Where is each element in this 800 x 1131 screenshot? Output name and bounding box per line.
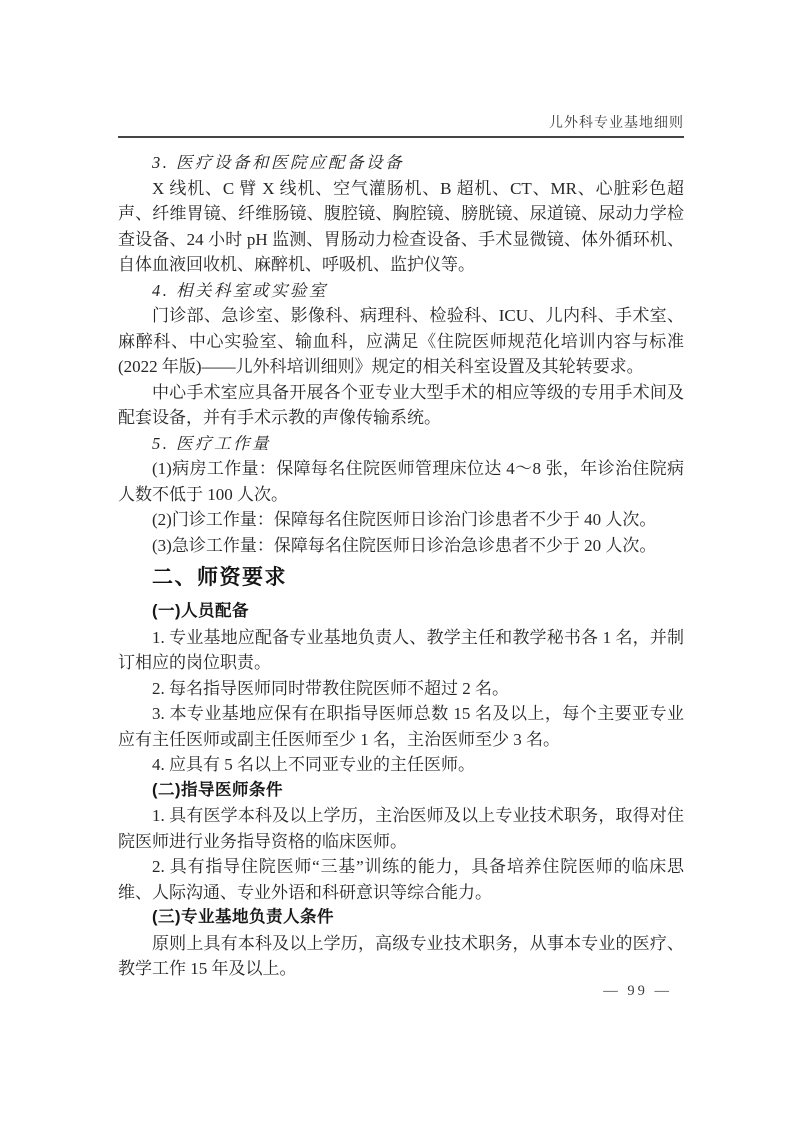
- page-content: 儿外科专业基地细则 3. 医疗设备和医院应配备设备 X 线机、C 臂 X 线机、…: [118, 115, 684, 1000]
- paragraph-operating-room: 中心手术室应具备开展各个亚专业大型手术的相应等级的专用手术间及配套设备，并有手术…: [118, 380, 684, 431]
- sub-heading-base-director-conditions: (三)专业基地负责人条件: [118, 905, 684, 931]
- paragraph-staffing-3: 3. 本专业基地应保有在职指导医师总数 15 名及以上，每个主要亚专业应有主任医…: [118, 701, 684, 752]
- paragraph-staffing-4: 4. 应具有 5 名以上不同亚专业的主任医师。: [118, 752, 684, 778]
- section-heading-faculty-requirements: 二、师资要求: [118, 563, 684, 593]
- paragraph-staffing-1: 1. 专业基地应配备专业基地负责人、教学主任和教学秘书各 1 名，并制订相应的岗…: [118, 625, 684, 676]
- paragraph-emergency-workload: (3)急诊工作量：保障每名住院医师日诊治急诊患者不少于 20 人次。: [118, 533, 684, 559]
- item-heading-3-equipment: 3. 医疗设备和医院应配备设备: [118, 150, 684, 176]
- running-head: 儿外科专业基地细则: [118, 115, 684, 138]
- paragraph-ward-workload: (1)病房工作量：保障每名住院医师管理床位达 4～8 张，年诊治住院病人数不低于…: [118, 456, 684, 507]
- sub-heading-staffing: (一)人员配备: [118, 599, 684, 625]
- document-page: { "doc": { "running_head": "儿外科专业基地细则", …: [0, 0, 800, 1131]
- item-heading-5-workload: 5. 医疗工作量: [118, 431, 684, 457]
- paragraph-staffing-2: 2. 每名指导医师同时带教住院医师不超过 2 名。: [118, 676, 684, 702]
- item-heading-4-departments: 4. 相关科室或实验室: [118, 278, 684, 304]
- paragraph-base-director: 原则上具有本科及以上学历，高级专业技术职务，从事本专业的医疗、教学工作 15 年…: [118, 931, 684, 982]
- paragraph-supervisor-1: 1. 具有医学本科及以上学历，主治医师及以上专业技术职务，取得对住院医师进行业务…: [118, 803, 684, 854]
- paragraph-departments-list: 门诊部、急诊室、影像科、病理科、检验科、ICU、儿内科、手术室、麻醉科、中心实验…: [118, 303, 684, 380]
- page-number: — 99 —: [118, 983, 684, 1000]
- paragraph-outpatient-workload: (2)门诊工作量：保障每名住院医师日诊治门诊患者不少于 40 人次。: [118, 507, 684, 533]
- paragraph-supervisor-2: 2. 具有指导住院医师“三基”训练的能力，具备培养住院医师的临床思维、人际沟通、…: [118, 854, 684, 905]
- body-text: 3. 医疗设备和医院应配备设备 X 线机、C 臂 X 线机、空气灌肠机、B 超机…: [118, 150, 684, 982]
- sub-heading-supervisor-conditions: (二)指导医师条件: [118, 778, 684, 804]
- paragraph-equipment-list: X 线机、C 臂 X 线机、空气灌肠机、B 超机、CT、MR、心脏彩色超声、纤维…: [118, 176, 684, 278]
